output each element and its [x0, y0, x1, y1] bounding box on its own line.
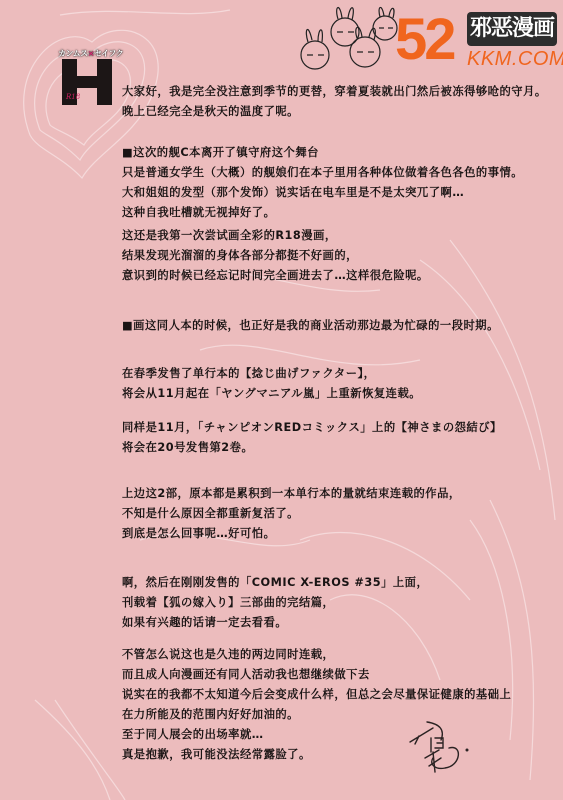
- text-line: 结果发现光溜溜的身体各部分都挺不好画的，: [122, 246, 429, 266]
- text-line: 到底是怎么回事呢…好可怕。: [122, 524, 461, 544]
- paragraph-kancolle-book: ■这次的舰C本离开了镇守府这个舞台 只是普通女学生（大概）的舰娘们在本子里用各种…: [122, 143, 523, 223]
- text-line: 刊载着【狐の嫁入り】三部曲的完结篇，: [122, 593, 428, 613]
- paragraph-serialization-1: 在春季发售了单行本的【捻じ曲げファクター】， 将会从11月起在「ヤングマニアル嵐…: [122, 364, 421, 404]
- watermark-title: 邪恶漫画: [467, 12, 557, 46]
- text-line: 只是普通女学生（大概）的舰娘们在本子里用各种体位做着各色各色的事情。: [122, 163, 523, 183]
- paragraph-revival: 上边这2部，原本都是累积到一本单行本的量就结束连载的作品， 不知是什么原因全都重…: [122, 484, 461, 544]
- text-line: 大家好，我是完全没注意到季节的更替，穿着夏装就出门然后被冻得够呛的守月。: [122, 82, 547, 102]
- logo-caption-right: セイフク: [94, 49, 123, 58]
- text-line: 意识到的时候已经忘记时间完全画进去了…这样很危险呢。: [122, 266, 429, 286]
- paragraph-full-color: 这还是我第一次尝试画全彩的R18漫画， 结果发现光溜溜的身体各部分都挺不好画的，…: [122, 226, 429, 286]
- text-line: ■画这同人本的时候，也正好是我的商业活动那边最为忙碌的一段时期。: [122, 316, 499, 336]
- text-line: 上边这2部，原本都是累积到一本单行本的量就结束连载的作品，: [122, 484, 461, 504]
- paragraph-greeting: 大家好，我是完全没注意到季节的更替，穿着夏装就出门然后被冻得够呛的守月。 晚上已…: [122, 82, 547, 122]
- text-line: 如果有兴趣的话请一定去看看。: [122, 613, 428, 633]
- paragraph-busy-period: ■画这同人本的时候，也正好是我的商业活动那边最为忙碌的一段时期。: [122, 316, 499, 336]
- text-line: 不管怎么说这也是久违的两边同时连载，: [122, 645, 511, 665]
- text-line: 将会在20号发售第2卷。: [122, 438, 502, 458]
- logo-caption-left: カンムス: [58, 49, 88, 58]
- circle-logo: カンムス×セイフク R18: [58, 48, 118, 106]
- site-watermark: 52 邪恶漫画 KKM.COM: [395, 3, 560, 75]
- text-line: 这种自我吐槽就无视掉好了。: [122, 203, 523, 223]
- text-line: 说实在的我都不太知道今后会变成什么样，但总之会尽量保证健康的基础上: [122, 685, 511, 705]
- text-line: 而且成人向漫画还有同人活动我也想继续做下去: [122, 665, 511, 685]
- text-line: 将会从11月起在「ヤングマニアル嵐」上重新恢复连载。: [122, 384, 421, 404]
- text-line: 晚上已经完全是秋天的温度了呢。: [122, 102, 547, 122]
- logo-r18-badge: R18: [66, 93, 80, 101]
- text-line: 啊，然后在刚刚发售的「COMIC X-EROS #35」上面，: [122, 573, 428, 593]
- paragraph-serialization-2: 同样是11月，「チャンピオンREDコミックス」上的【神さまの怨結び】 将会在20…: [122, 418, 502, 458]
- text-line: 不知是什么原因全都重新复活了。: [122, 504, 461, 524]
- logo-caption: カンムス×セイフク: [58, 48, 118, 59]
- text-line: 在春季发售了单行本的【捻じ曲げファクター】，: [122, 364, 421, 384]
- watermark-number: 52: [395, 11, 454, 69]
- text-line: 这还是我第一次尝试画全彩的R18漫画，: [122, 226, 429, 246]
- rabbit-doodle-icon: [290, 0, 400, 75]
- text-line: 同样是11月，「チャンピオンREDコミックス」上的【神さまの怨結び】: [122, 418, 502, 438]
- watermark-url: KKM.COM: [467, 48, 563, 71]
- paragraph-x-eros: 啊，然后在刚刚发售的「COMIC X-EROS #35」上面， 刊载着【狐の嫁入…: [122, 573, 428, 633]
- text-line: ■这次的舰C本离开了镇守府这个舞台: [122, 143, 523, 163]
- text-line: 大和姐姐的发型（那个发饰）说实话在电车里是不是太突兀了啊…: [122, 183, 523, 203]
- author-signature-icon: [405, 710, 485, 775]
